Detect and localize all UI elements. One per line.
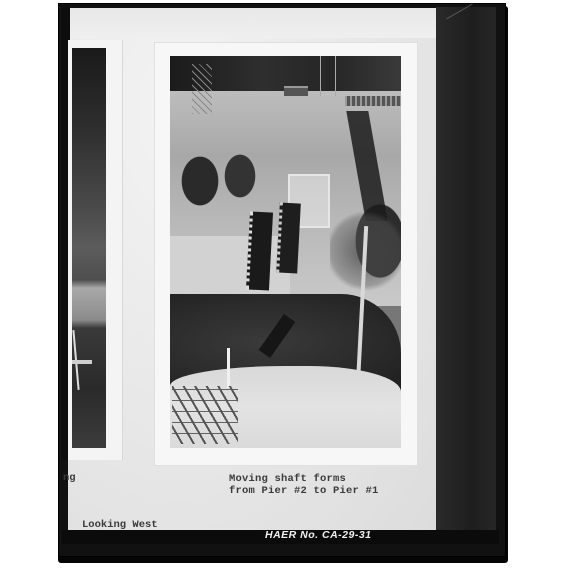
left-caption-fragment: ng <box>63 472 76 484</box>
left-trestle <box>192 64 212 114</box>
haer-record-label: HAER No. CA-29-31 <box>265 529 372 541</box>
main-photograph <box>170 56 401 448</box>
shed <box>284 86 308 96</box>
mount-top-shade <box>68 8 436 38</box>
foreground-post <box>227 348 230 388</box>
shaft-form-1 <box>246 211 273 290</box>
caption-line-1: Moving shaft forms <box>229 473 346 485</box>
shaft-form-2 <box>276 202 301 273</box>
timber-framework <box>172 386 238 444</box>
left-print-bar <box>72 360 92 364</box>
right-dark-strip <box>436 7 496 531</box>
caption-line-2: from Pier #2 to Pier #1 <box>229 485 379 497</box>
transmission-tower <box>320 56 336 96</box>
main-caption: Moving shaft forms from Pier #2 to Pier … <box>229 473 379 497</box>
trestle-bridge <box>345 96 401 106</box>
